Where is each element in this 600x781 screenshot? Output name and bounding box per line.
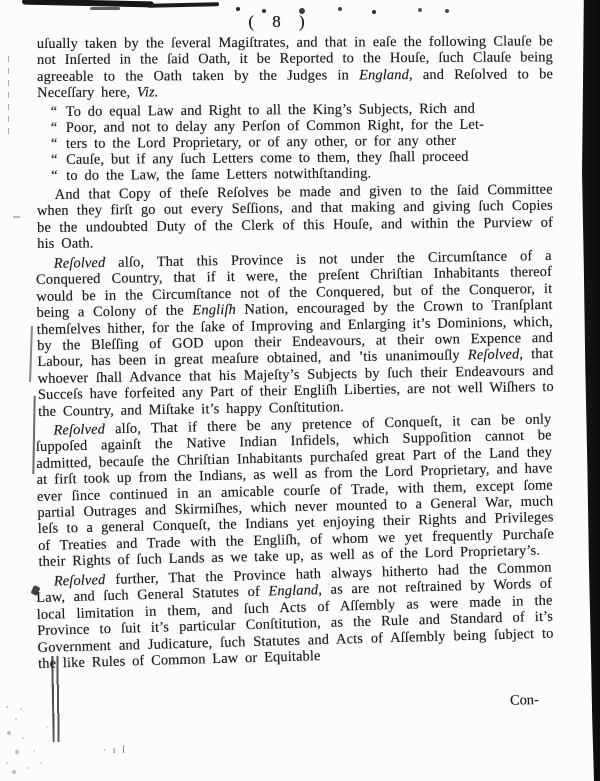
italic-text: Viz.	[137, 85, 159, 101]
paragraph: Reſolved further, That the Province hath…	[36, 559, 555, 672]
scan-margin-mark	[13, 216, 20, 218]
book-edge-shadow	[570, 0, 600, 781]
italic-text: England	[268, 582, 318, 599]
quote-line-text: Cauſe, but if any ſuch Letters come to t…	[66, 148, 469, 167]
body-text: And that Copy of theſe Reſolves be made …	[37, 182, 553, 253]
italic-text: Reſolved	[53, 421, 105, 438]
quote-mark-icon: “	[51, 168, 66, 184]
scan-speckles	[6, 706, 8, 708]
scan-ink-dots	[236, 7, 240, 11]
scan-smudge-top	[90, 7, 120, 10]
page-number: ( 8 )	[0, 12, 560, 32]
scanned-document-page: ( 8 ) uſually taken by the ſeveral Magiſ…	[0, 0, 600, 781]
scan-smudge-top	[147, 2, 219, 8]
italic-text: Reſolved	[54, 255, 106, 272]
signature-mark: · ı ſ	[103, 745, 127, 757]
quote-mark-icon: “	[51, 105, 66, 121]
body-text: alſo, That if there be any pretence of C…	[36, 411, 554, 570]
quote-mark-icon: “	[51, 120, 66, 136]
italic-text: Reſolved	[468, 347, 520, 364]
quote-line-text: to do the Law, the ſame Letters notwithſ…	[66, 165, 371, 183]
quote-line: “to do the Law, the ſame Letters notwith…	[51, 164, 553, 184]
catchword: Con-	[510, 692, 539, 709]
scan-fold-line	[8, 56, 9, 138]
italic-text: Reſolved	[54, 572, 106, 589]
scan-smudge-top	[22, 0, 154, 7]
italic-text: Engliſh	[192, 302, 236, 319]
text-block: uſually taken by the ſeveral Magiſtrates…	[37, 36, 553, 675]
quoted-resolve-block: “To do equal Law and Right to all the Ki…	[51, 101, 554, 184]
paragraph: And that Copy of theſe Reſolves be made …	[37, 182, 554, 253]
paragraph: uſually taken by the ſeveral Magiſtrates…	[37, 33, 553, 101]
paragraph: Reſolved alſo, That this Province is not…	[36, 248, 555, 420]
paragraph: Reſolved alſo, That if there be any pret…	[35, 411, 554, 570]
catchword-row: Con-	[37, 692, 553, 723]
italic-text: England	[359, 67, 409, 83]
scan-margin-stroke	[29, 326, 32, 382]
quote-mark-icon: “	[51, 152, 66, 168]
quote-mark-icon: “	[51, 136, 66, 152]
